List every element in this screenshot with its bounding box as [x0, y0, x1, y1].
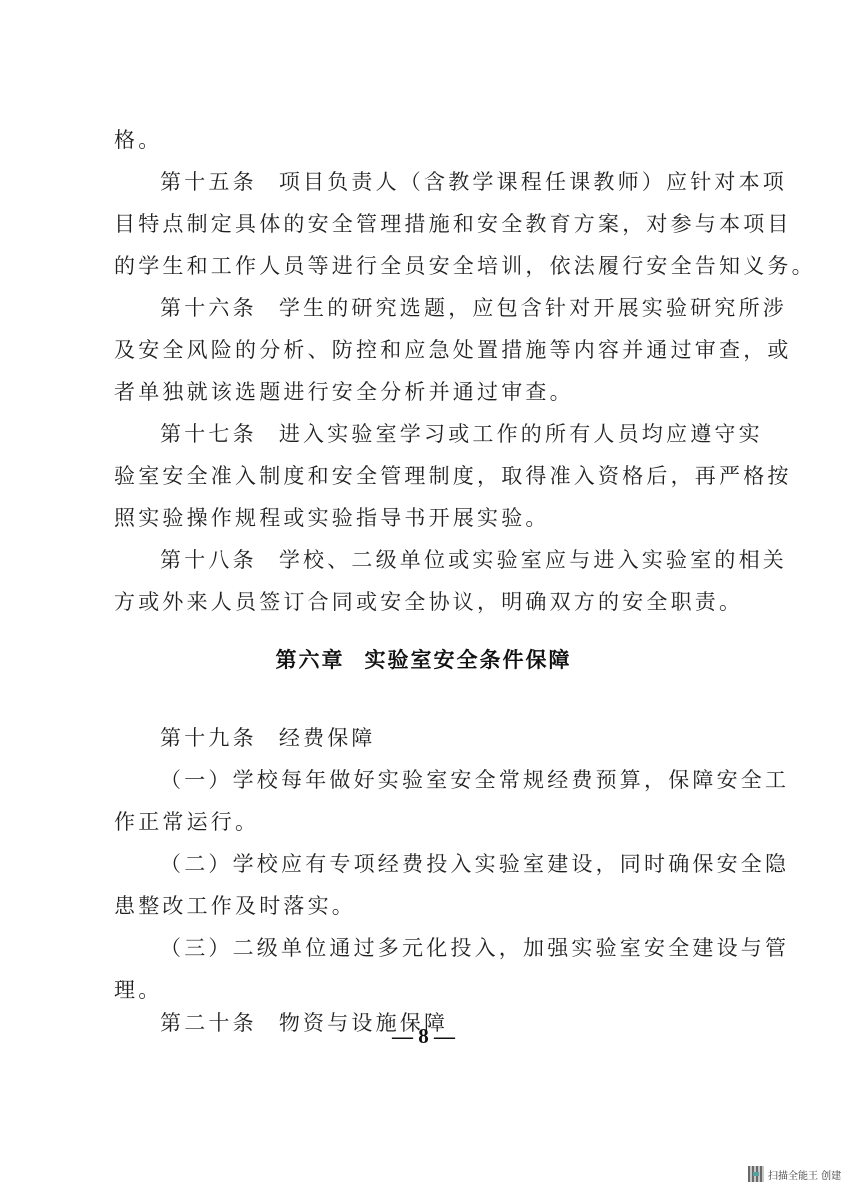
line-text: 及安全风险的分析、防控和应急处置措施等内容并通过审查，或 [114, 338, 792, 362]
article-number: 第十八条 [160, 548, 257, 572]
text-line: 患整改工作及时落实。 [114, 886, 356, 926]
text-line: 照实验操作规程或实验指导书开展实验。 [114, 498, 550, 538]
line-text: 患整改工作及时落实。 [114, 894, 356, 918]
line-text: 照实验操作规程或实验指导书开展实验。 [114, 506, 550, 530]
line-text: 验室安全准入制度和安全管理制度，取得准入资格后，再严格按 [114, 464, 792, 488]
line-text: 的学生和工作人员等进行全员安全培训，依法履行安全告知义务。 [114, 254, 816, 278]
line-text: 方或外来人员签订合同或安全协议，明确双方的安全职责。 [114, 590, 743, 614]
chapter-title: 实验室安全条件保障 [365, 648, 572, 672]
document-page: 格。 第十五条项目负责人（含教学课程任课教师）应针对本项 目特点制定具体的安全管… [0, 0, 847, 1198]
text-line: 理。 [114, 970, 162, 1010]
text-line: 格。 [114, 120, 162, 160]
clause-2-line: （二）学校应有专项经费投入实验室建设，同时确保安全隐 [160, 844, 789, 884]
scanner-watermark: 扫描全能王 创建 [748, 1166, 841, 1182]
line-text: 作正常运行。 [114, 810, 259, 834]
line-text: （三）二级单位通过多元化投入，加强实验室安全建设与管 [160, 936, 789, 960]
text-line: 的学生和工作人员等进行全员安全培训，依法履行安全告知义务。 [114, 246, 816, 286]
line-text: 学校、二级单位或实验室应与进入实验室的相关 [279, 548, 787, 572]
article-19-heading-line: 第十九条经费保障 [160, 718, 376, 758]
line-text: 进入实验室学习或工作的所有人员均应遵守实 [279, 422, 763, 446]
watermark-label: 扫描全能王 创建 [768, 1167, 841, 1182]
text-line: 作正常运行。 [114, 802, 259, 842]
clause-3-line: （三）二级单位通过多元化投入，加强实验室安全建设与管 [160, 928, 789, 968]
text-line: 验室安全准入制度和安全管理制度，取得准入资格后，再严格按 [114, 456, 792, 496]
line-text: （二）学校应有专项经费投入实验室建设，同时确保安全隐 [160, 852, 789, 876]
line-text: 学生的研究选题，应包含针对开展实验研究所涉 [279, 296, 787, 320]
line-text: 项目负责人（含教学课程任课教师）应针对本项 [279, 170, 787, 194]
qr-code-icon [748, 1166, 764, 1182]
text-line: 方或外来人员签订合同或安全协议，明确双方的安全职责。 [114, 582, 743, 622]
article-number: 第十九条 [160, 726, 257, 750]
clause-1-line: （一）学校每年做好实验室安全常规经费预算，保障安全工 [160, 760, 789, 800]
line-text: （一）学校每年做好实验室安全常规经费预算，保障安全工 [160, 768, 789, 792]
line-text: 经费保障 [279, 726, 376, 750]
line-text: 格。 [114, 128, 162, 152]
text-line: 及安全风险的分析、防控和应急处置措施等内容并通过审查，或 [114, 330, 792, 370]
text-line: 目特点制定具体的安全管理措施和安全教育方案，对参与本项目 [114, 204, 792, 244]
article-16-heading-line: 第十六条学生的研究选题，应包含针对开展实验研究所涉 [160, 288, 787, 328]
text-line: 者单独就该选题进行安全分析并通过审查。 [114, 372, 574, 412]
article-number: 第十六条 [160, 296, 257, 320]
article-17-heading-line: 第十七条进入实验室学习或工作的所有人员均应遵守实 [160, 414, 763, 454]
line-text: 理。 [114, 978, 162, 1002]
article-number: 第十七条 [160, 422, 257, 446]
article-15-heading-line: 第十五条项目负责人（含教学课程任课教师）应针对本项 [160, 162, 787, 202]
line-text: 者单独就该选题进行安全分析并通过审查。 [114, 380, 574, 404]
chapter-heading: 第六章实验室安全条件保障 [0, 640, 847, 680]
page-number: — 8 — [0, 1024, 847, 1049]
line-text: 目特点制定具体的安全管理措施和安全教育方案，对参与本项目 [114, 212, 792, 236]
article-18-heading-line: 第十八条学校、二级单位或实验室应与进入实验室的相关 [160, 540, 787, 580]
article-number: 第十五条 [160, 170, 257, 194]
chapter-number: 第六章 [276, 648, 345, 672]
